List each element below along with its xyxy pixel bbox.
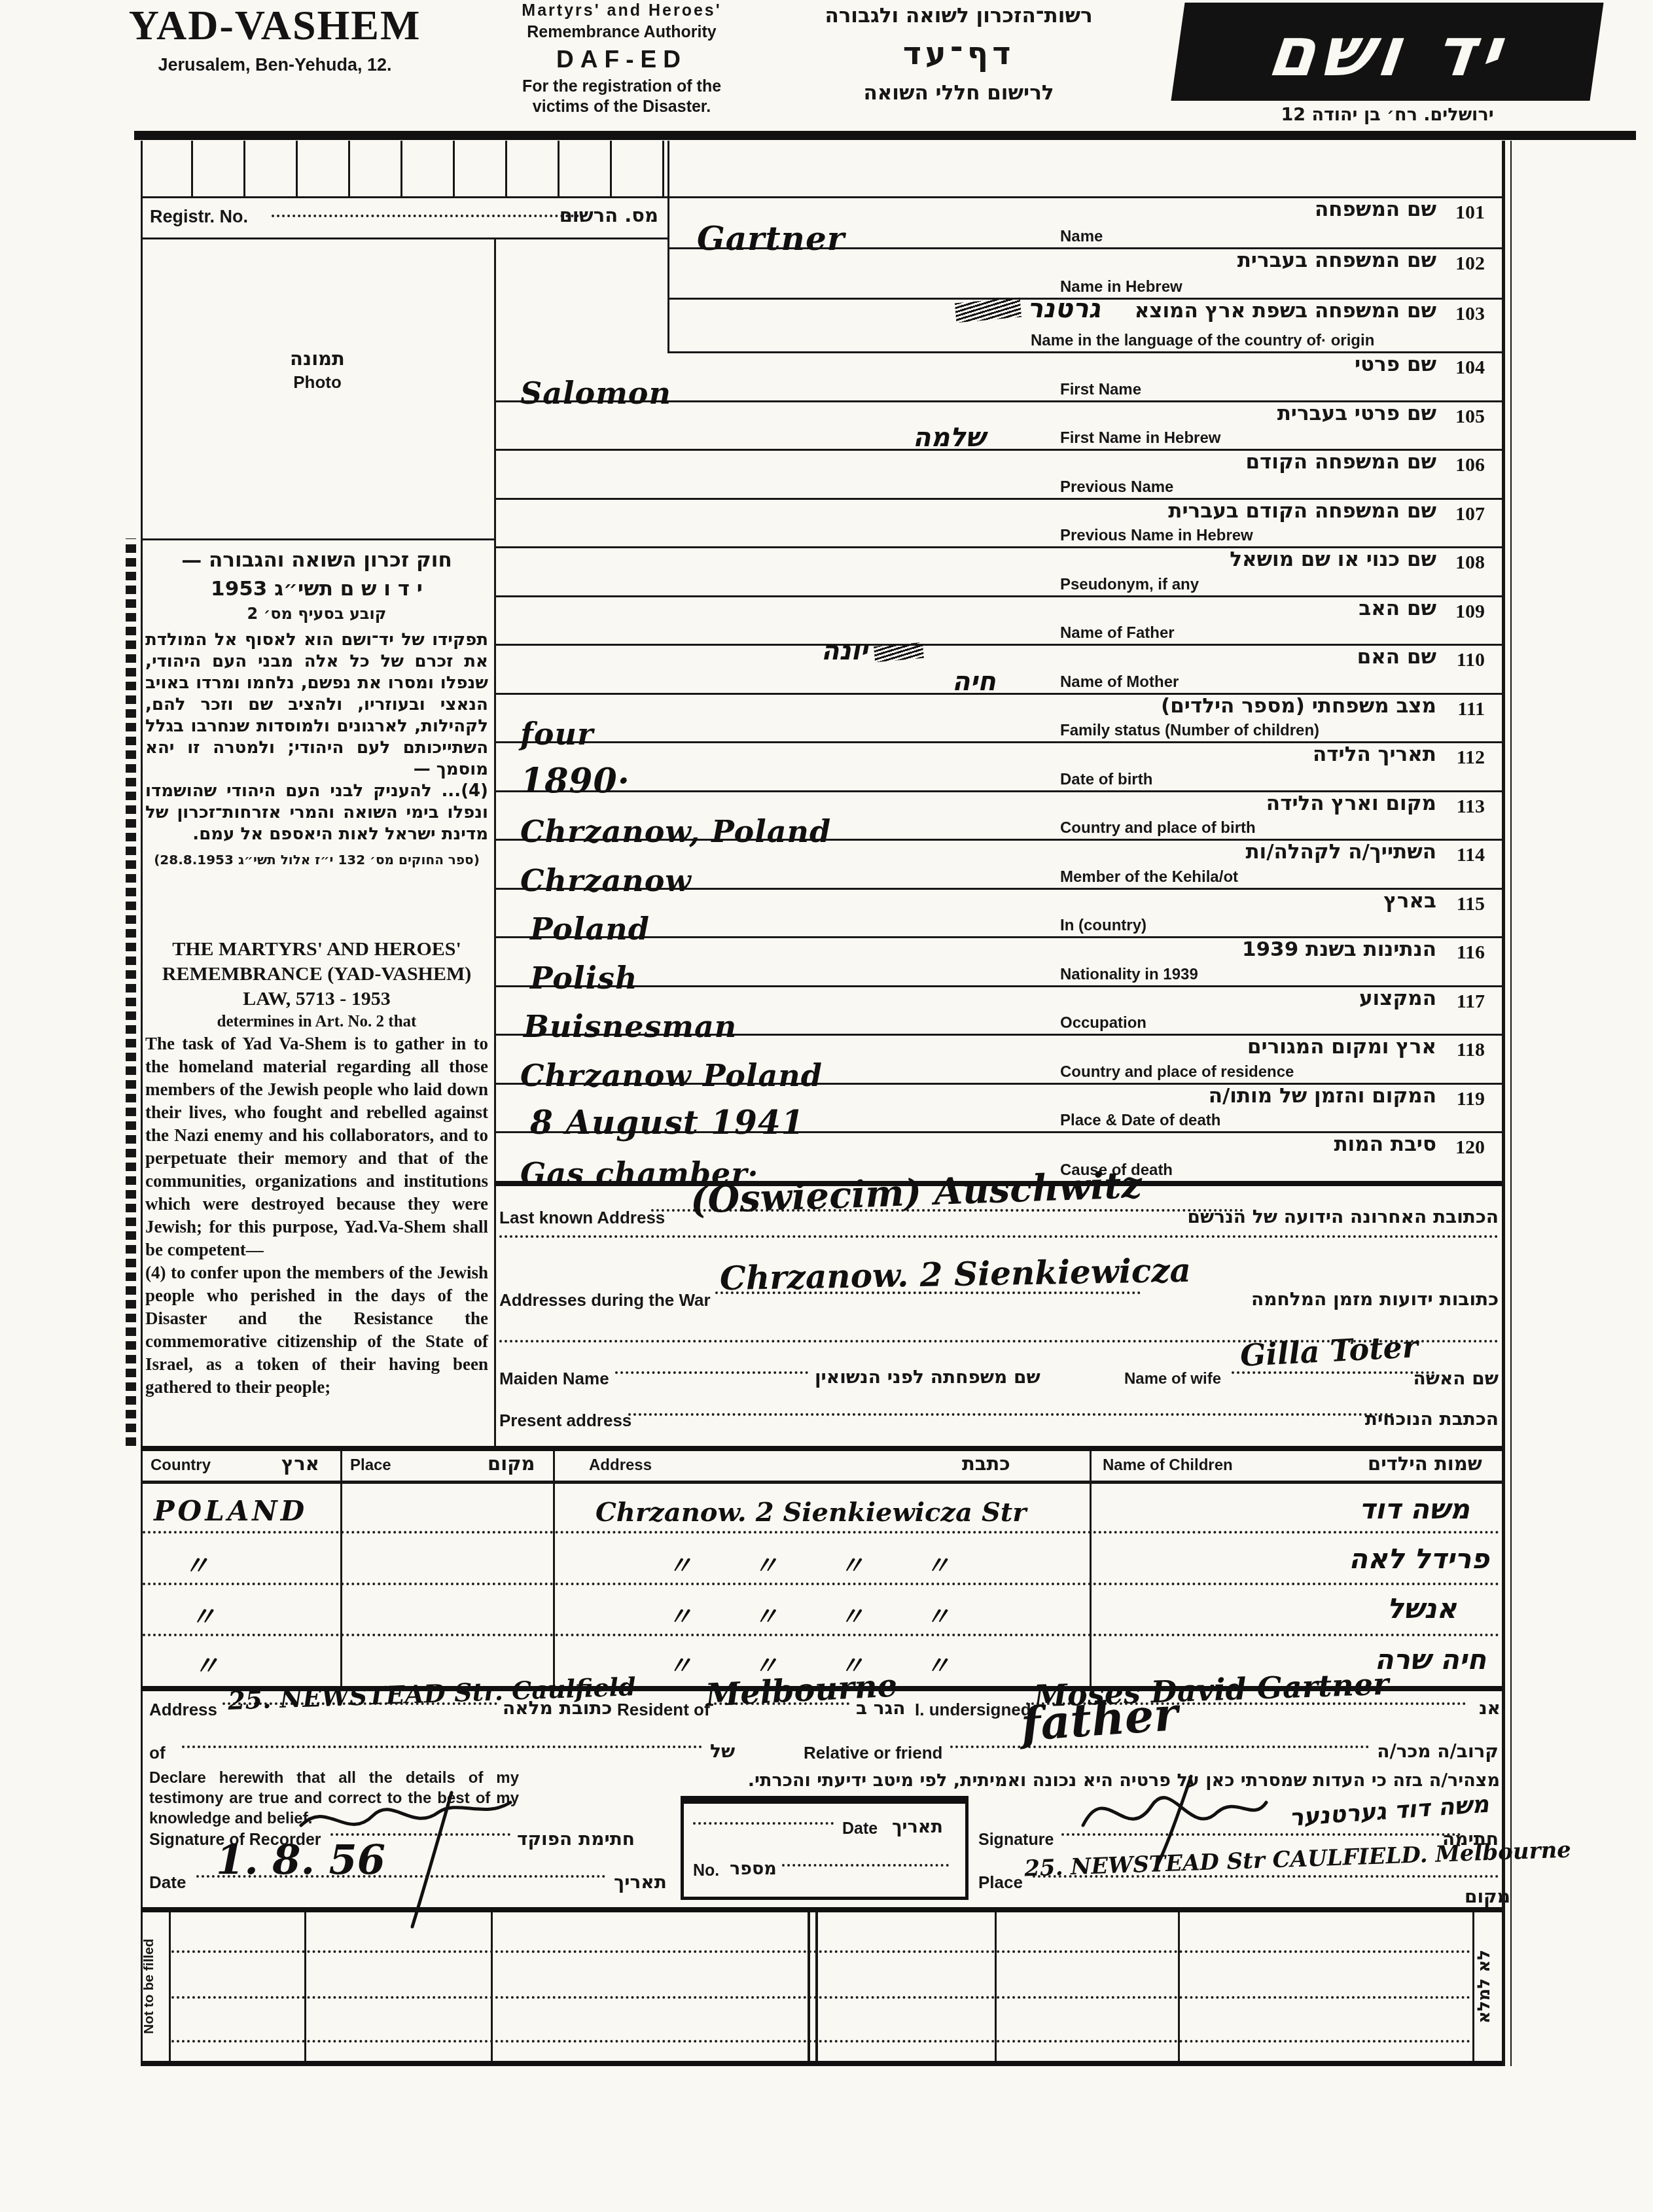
purpose-he: לרישום חללי השואה	[795, 81, 1122, 105]
header-rule	[134, 131, 1636, 140]
field-106-label-en: Previous Name	[1060, 478, 1173, 497]
relative-line	[950, 1746, 1369, 1748]
org-title: YAD-VASHEM	[98, 1, 452, 50]
field-105-label-en: First Name in Hebrew	[1060, 429, 1220, 448]
children-header-country-he: ארץ	[281, 1452, 319, 1475]
maiden-name-label-he: שם משפחתה לפני הנשואין	[815, 1366, 1040, 1388]
children-col-divider-2	[553, 1451, 555, 1686]
field-115-label-en: In (country)	[1060, 917, 1146, 935]
field-110-label-he: שם האם	[1357, 645, 1436, 669]
field-103-label-he: שם המשפחה בשפת ארץ המוצא	[1135, 299, 1436, 323]
field-row-105: 105 שם פרטי בעברית First Name in Hebrew …	[494, 400, 1502, 451]
field-104-number: 104	[1455, 357, 1485, 379]
field-107-label-en: Previous Name in Hebrew	[1060, 527, 1253, 545]
field-row-119: 119 המקום והזמן של מותו/ה Place & Date o…	[494, 1083, 1502, 1133]
field-106-label-he: שם המשפחה הקודם	[1246, 450, 1436, 474]
date-label-he: תאריך	[614, 1871, 667, 1893]
logo-address: ירושלים. רח׳ בן יהודה 12	[1178, 105, 1597, 125]
children-row-4-country: 〃	[193, 1645, 219, 1683]
children-header-place-en: Place	[350, 1456, 391, 1475]
children-header-address-he: כתבת	[962, 1452, 1010, 1475]
yad-vashem-logo: יד ושם	[1171, 3, 1603, 101]
signature-value-he: משה דוד גערטנער	[1289, 1791, 1490, 1831]
form-right-border-outer	[1510, 141, 1512, 2066]
law-en-body: The task of Yad Va-Shem is to gather in …	[145, 1032, 488, 1261]
registr-dotted-line	[272, 215, 579, 217]
not-to-be-filled-label-he: לא למלא	[1474, 1912, 1502, 2061]
law-block-en: THE MARTYRS' AND HEROES' REMEMBRANCE (YA…	[145, 937, 488, 1399]
resident-of-label-en: Resident of	[617, 1700, 710, 1720]
field-row-109: 109 שם האב Name of Father יונה	[494, 595, 1502, 646]
present-address-label-he: הכתבת הנוכחית	[1365, 1408, 1499, 1430]
authority-line-2: Remembrance Authority	[458, 23, 785, 42]
field-119-number: 119	[1457, 1088, 1485, 1110]
bottom-table-row-line-2	[171, 1996, 1471, 1999]
form-name-en: DAF-ED	[458, 46, 785, 73]
bottom-table-divider-1	[304, 1912, 306, 2061]
field-120-label-he: סיבת המות	[1334, 1132, 1436, 1156]
field-118-number: 118	[1457, 1039, 1485, 1061]
field-111-label-en: Family status (Number of children)	[1060, 722, 1319, 740]
children-header-address-en: Address	[589, 1456, 652, 1475]
field-row-106: 106 שם המשפחה הקודם Previous Name	[494, 449, 1502, 500]
field-108-number: 108	[1455, 552, 1485, 574]
field-105-label-he: שם פרטי בעברית	[1277, 402, 1436, 425]
office-box-no-en: No.	[693, 1861, 719, 1880]
field-row-103: 103 שם המשפחה בשפת ארץ המוצא Name in the…	[667, 298, 1502, 353]
undersigned-label-en: I. undersigned	[915, 1700, 1031, 1720]
authority-he: רשות־הזכרון לשואה ולגבורה	[795, 4, 1122, 27]
maiden-name-label-en: Maiden Name	[499, 1369, 609, 1389]
during-war-value: Chrzanow. 2 Sienkiewicza	[720, 1251, 1192, 1298]
last-known-address-line-2	[499, 1235, 1499, 1238]
present-address-line	[628, 1413, 1394, 1416]
bottom-table-top-rule	[141, 1907, 1502, 1912]
field-101-number: 101	[1455, 202, 1485, 224]
photo-bottom-line	[141, 538, 494, 540]
form-right-border	[1502, 141, 1505, 2066]
registr-row: Registr. No. מס. הרשום	[141, 196, 667, 237]
field-107-label-he: שם המשפחה הקודם בעברית	[1168, 499, 1436, 523]
law-he-clause: (4)... להעניק לבני העם היהודי שהושמדו ונ…	[145, 781, 488, 845]
field-117-number: 117	[1457, 991, 1485, 1013]
bottom-table-bottom-rule	[141, 2061, 1502, 2066]
office-box-date-he: תאריך	[892, 1817, 943, 1837]
date-value: 1. 8. 56	[216, 1836, 385, 1884]
testimony-page: YAD-VASHEM Jerusalem, Ben-Yehuda, 12. Ma…	[0, 0, 1653, 2212]
field-row-101: 101 שם המשפחה Name Gartner	[667, 196, 1502, 249]
field-115-label-he: בארץ	[1383, 889, 1436, 913]
law-he-source: (ספר החוקים מס׳ 132 י״ז אלול תשי״ג 28.8.…	[145, 852, 488, 868]
logo-text: יד ושם	[1263, 12, 1511, 92]
children-col-divider-1	[340, 1451, 342, 1686]
of-line	[182, 1746, 702, 1748]
children-header-country-en: Country	[151, 1456, 211, 1475]
resident-of-label-he: הגר ב	[856, 1697, 905, 1719]
authority-block-en: Martyrs' and Heroes' Remembrance Authori…	[458, 1, 785, 116]
law-he-body: תפקידו של יד־ושם הוא לאסוף אל המולדת את …	[145, 629, 488, 781]
photo-label-he: תמונה	[141, 347, 494, 370]
of-label-en: of	[149, 1743, 166, 1763]
field-119-label-he: המקום והזמן של מותו/ה	[1209, 1084, 1436, 1108]
undersigned-label-he: אנ	[1479, 1697, 1501, 1719]
law-en-clause: (4) to confer upon the members of the Je…	[145, 1261, 488, 1399]
law-en-title-3: LAW, 5713 - 1953	[145, 987, 488, 1011]
children-header-place-he: מקום	[488, 1452, 535, 1475]
registr-label-he: מס. הרשום	[560, 204, 658, 226]
signature-label-en: Signature	[978, 1831, 1054, 1850]
field-113-label-he: מקום וארץ הלידה	[1266, 792, 1436, 815]
children-header-rule	[141, 1481, 1502, 1484]
field-103-label-en: Name in the language of the country of· …	[1031, 332, 1374, 350]
children-col-divider-3	[1090, 1451, 1092, 1686]
field-row-116: 116 הנתינות בשנת 1939 Nationality in 193…	[494, 936, 1502, 987]
bottom-table-divider-2	[491, 1912, 493, 2061]
field-row-102: 102 שם המשפחה בעברית Name in Hebrew גרטנ…	[667, 247, 1502, 300]
field-106-number: 106	[1455, 454, 1485, 476]
field-120-number: 120	[1455, 1136, 1485, 1159]
field-row-113: 113 מקום וארץ הלידה Country and place of…	[494, 790, 1502, 841]
children-row-line-3	[143, 1634, 1500, 1636]
children-row-1-country: POLAND	[154, 1495, 308, 1527]
photo-box: תמונה Photo	[141, 237, 494, 538]
law-en-title-1: THE MARTYRS' AND HEROES'	[145, 937, 488, 962]
field-row-112: 112 תאריך הלידה Date of birth 1890·	[494, 741, 1502, 792]
name-of-wife-label-en: Name of wife	[1124, 1370, 1221, 1388]
bottom-table-divider-4	[995, 1912, 997, 2061]
field-119-label-en: Place & Date of death	[1060, 1112, 1220, 1130]
children-row-line-1	[143, 1531, 1500, 1534]
last-known-address-label-en: Last known Address	[499, 1208, 665, 1228]
present-address-label-en: Present address	[499, 1411, 631, 1431]
photo-label-en: Photo	[141, 372, 494, 393]
children-row-3-address: 〃 〃 〃 〃	[667, 1596, 950, 1632]
during-war-label-he: כתובות ידועות מזמן המלחמה	[1251, 1288, 1499, 1310]
field-104-label-en: First Name	[1060, 381, 1141, 399]
office-box-date-en: Date	[842, 1819, 878, 1838]
address-label-en: Address	[149, 1700, 217, 1720]
name-of-wife-value: Gilla Toter	[1239, 1329, 1419, 1373]
children-row-2-country: 〃	[183, 1545, 209, 1583]
law-he-title-1: חוק זכרון השואה והגבורה —	[145, 548, 488, 572]
field-111-number: 111	[1457, 698, 1485, 720]
children-row-2-address: 〃 〃 〃 〃	[667, 1545, 950, 1581]
children-row-line-2	[143, 1583, 1500, 1585]
children-row-4-name: חיה שרה	[1375, 1643, 1486, 1676]
field-113-number: 113	[1457, 796, 1485, 818]
field-row-111: 111 מצב משפחתי (מספר הילדים) Family stat…	[494, 693, 1502, 743]
field-102-label-he: שם המשפחה בעברית	[1237, 249, 1436, 272]
purpose-line-2: victims of the Disaster.	[458, 97, 785, 116]
last-known-address-label-he: הכתובת האחרונה הידועה של הנרשם	[1188, 1206, 1499, 1227]
relative-label-he: קרוב/ה מכר/ה	[1377, 1740, 1499, 1762]
bottom-table-row-line-3	[171, 2040, 1471, 2043]
field-101-label-en: Name	[1060, 228, 1103, 246]
field-112-number: 112	[1457, 746, 1485, 769]
during-war-label-en: Addresses during the War	[499, 1290, 711, 1310]
recorder-signature-label-he: חתימת הפוקד	[517, 1828, 635, 1850]
field-110-label-en: Name of Mother	[1060, 673, 1179, 692]
field-107-number: 107	[1455, 503, 1485, 525]
address-section-bottom-rule	[141, 1446, 1502, 1451]
field-103-number: 103	[1455, 303, 1485, 325]
field-104-label-he: שם פרטי	[1355, 353, 1436, 376]
office-box-no-he: מספר	[730, 1859, 777, 1879]
field-row-108: 108 שם כנוי או שם מושאל Pseudonym, if an…	[494, 546, 1502, 597]
form-name-he: דף־עד	[795, 35, 1122, 72]
place-label-he: מקום	[1465, 1886, 1510, 1907]
relative-label-en: Relative or friend	[804, 1743, 942, 1763]
name-of-wife-label-he: שם האשה	[1413, 1367, 1499, 1389]
field-row-104: 104 שם פרטי First Name Salomon	[494, 351, 1502, 402]
place-label-en: Place	[978, 1872, 1023, 1893]
address-label-he: כתובת מלאה	[503, 1697, 612, 1719]
field-114-label-en: Member of the Kehila/ot	[1060, 868, 1238, 887]
registration-number-grid	[141, 141, 667, 196]
field-109-label-en: Name of Father	[1060, 624, 1175, 642]
purpose-line-1: For the registration of the	[458, 77, 785, 96]
org-address: Jerusalem, Ben-Yehuda, 12.	[98, 55, 452, 75]
field-115-number: 115	[1457, 893, 1485, 915]
field-105-number: 105	[1455, 406, 1485, 428]
field-row-115: 115 בארץ In (country) Poland	[494, 888, 1502, 938]
law-he-title-2: י ד ו ש ם תשי״ג 1953	[145, 577, 488, 601]
of-label-he: של	[710, 1740, 735, 1762]
field-116-number: 116	[1457, 941, 1485, 964]
field-110-number: 110	[1457, 649, 1485, 671]
children-header-children-he: שמות הילדים	[1368, 1452, 1482, 1475]
field-117-label-he: המקצוע	[1359, 987, 1436, 1010]
children-row-1-address: Chrzanow. 2 Sienkiewicza Str	[595, 1497, 1026, 1528]
field-101-label-he: שם המשפחה	[1315, 198, 1436, 221]
children-header-children-en: Name of Children	[1103, 1456, 1233, 1475]
bottom-table-divider-3b	[815, 1912, 818, 2061]
field-112-label-he: תאריך הלידה	[1313, 743, 1436, 766]
law-he-subtitle: קובע בסעיף מס׳ 2	[145, 605, 488, 623]
children-row-1-name: משה דוד	[1359, 1493, 1470, 1525]
office-box: Date תאריך No. מספר	[681, 1796, 969, 1900]
bottom-table-divider-5	[1178, 1912, 1180, 2061]
field-117-label-en: Occupation	[1060, 1014, 1146, 1032]
field-111-label-he: מצב משפחתי (מספר הילדים)	[1161, 694, 1436, 718]
field-109-label-he: שם האב	[1359, 597, 1436, 620]
not-to-be-filled-label: Not to be filled	[141, 1912, 169, 2061]
office-box-no-line	[782, 1864, 949, 1867]
field-118-label-en: Country and place of residence	[1060, 1063, 1294, 1081]
field-row-118: 118 ארץ ומקום המגורים Country and place …	[494, 1034, 1502, 1085]
law-en-title-2: REMEMBRANCE (YAD-VASHEM)	[145, 962, 488, 987]
field-116-label-en: Nationality in 1939	[1060, 966, 1198, 984]
field-row-107: 107 שם המשפחה הקודם בעברית Previous Name…	[494, 498, 1502, 548]
field-109-number: 109	[1455, 601, 1485, 623]
field-108-label-he: שם כנוי או שם מושאל	[1230, 548, 1436, 571]
bottom-table-left-label-divider	[169, 1912, 171, 2061]
field-118-label-he: ארץ ומקום המגורים	[1247, 1035, 1436, 1059]
field-102-number: 102	[1455, 253, 1485, 275]
field-row-114: 114 השתייך/ה לקהלה/ות Member of the Kehi…	[494, 839, 1502, 890]
office-box-date-line	[693, 1822, 834, 1825]
field-112-label-en: Date of birth	[1060, 771, 1152, 789]
field-113-label-en: Country and place of birth	[1060, 819, 1256, 837]
registr-label-en: Registr. No.	[150, 207, 248, 227]
field-108-label-en: Pseudonym, if any	[1060, 576, 1199, 594]
field-114-label-he: השתייך/ה לקהלה/ות	[1245, 840, 1436, 864]
bottom-table-row-line-1	[171, 1950, 1471, 1953]
field-row-117: 117 המקצוע Occupation Buisnesman	[494, 985, 1502, 1036]
law-en-subtitle: determines in Art. No. 2 that	[145, 1011, 488, 1032]
decorative-border	[126, 538, 136, 1446]
authority-block-he: רשות־הזכרון לשואה ולגבורה דף־עד לרישום ח…	[795, 4, 1122, 105]
field-116-label-he: הנתינות בשנת 1939	[1242, 938, 1436, 961]
maiden-name-line	[615, 1371, 808, 1374]
declaration-text-he: מצהיר/ה בזה כי העדות שמסרתי כאן על פרטיה…	[524, 1770, 1500, 1791]
field-row-110: 110 שם האם Name of Mother חיה	[494, 644, 1502, 695]
children-row-3-name: אנשל	[1387, 1592, 1457, 1624]
date-label-en: Date	[149, 1872, 186, 1893]
field-114-number: 114	[1457, 844, 1485, 866]
children-row-2-name: פרידל לאה	[1349, 1543, 1489, 1575]
authority-line-1: Martyrs' and Heroes'	[458, 1, 785, 20]
law-block-he: חוק זכרון השואה והגבורה — י ד ו ש ם תשי״…	[145, 548, 488, 868]
bottom-table-divider-3a	[808, 1912, 810, 2061]
children-row-3-country: 〃	[190, 1596, 216, 1634]
relative-value: father	[1019, 1687, 1179, 1752]
